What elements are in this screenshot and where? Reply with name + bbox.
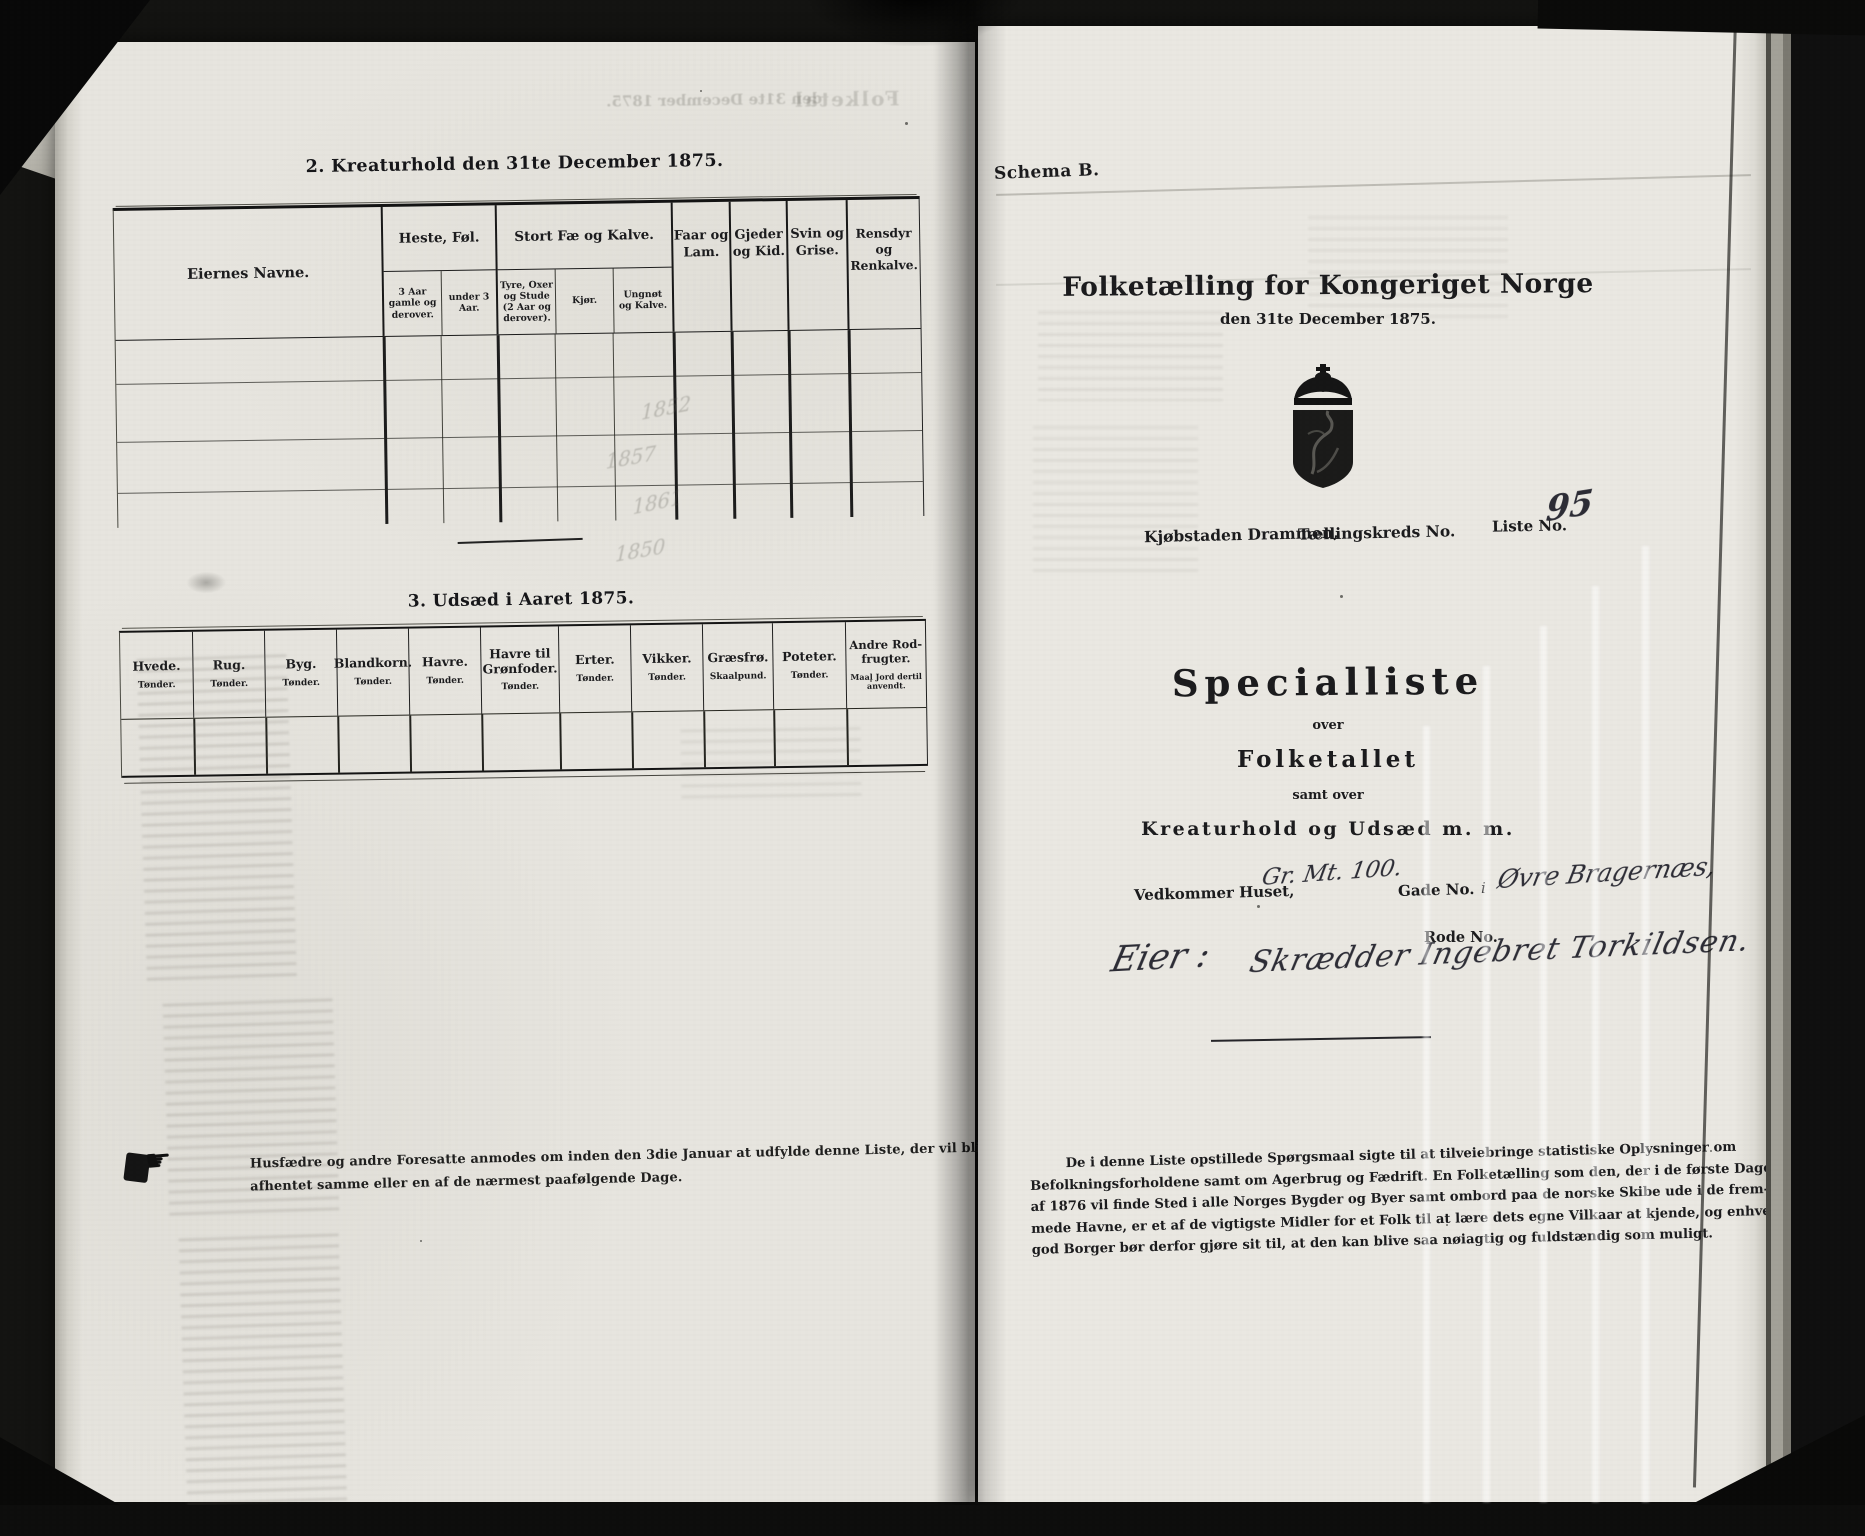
unit-label: Tønder. — [791, 671, 829, 681]
info-paragraph: De i denne Liste opstillede Spørgsmaal s… — [1029, 1142, 1536, 1262]
ink-speck — [1446, 1224, 1448, 1226]
column-header-reindeer: Rensdyr og Renkalve. — [846, 199, 921, 329]
unit-label: Tønder. — [648, 673, 686, 683]
ink-speck — [870, 680, 872, 682]
bleedthrough-handwriting — [680, 727, 861, 800]
livestock-table: Eiernes Navne. Heste, Føl. 3 Aar gamle o… — [113, 196, 925, 528]
list-heading-over: over — [1048, 718, 1608, 733]
column-header: 3 Aar gamle og derover. — [384, 271, 442, 336]
ink-speck — [1340, 595, 1343, 598]
unit-label: Tønder. — [501, 683, 539, 693]
left-page: den 31te December 1875. Folketal 2. Krea… — [55, 42, 975, 1502]
grid-line — [631, 712, 634, 768]
ink-speck — [905, 122, 908, 125]
street-number-label: Gade No. — [1398, 880, 1475, 900]
livestock-table-header: Eiernes Navne. Heste, Føl. 3 Aar gamle o… — [114, 199, 921, 341]
unit-label: Maal Jord dertil anvendt. — [849, 672, 924, 691]
unit-label: Tønder. — [576, 674, 614, 684]
grid-line — [441, 336, 445, 523]
bleedthrough-mirrored-word: Folketal — [793, 86, 900, 112]
book-page-edges — [1766, 0, 1865, 1536]
column-header: under 3 Aar. — [441, 270, 497, 335]
list-heading-subject2: Kreaturhold og Udsæd m. m. — [1048, 818, 1608, 840]
coat-of-arms — [1286, 364, 1360, 490]
livestock-table-body — [116, 329, 924, 528]
grid-line — [559, 713, 562, 769]
column-header: Havre. — [422, 655, 468, 670]
section-divider-rule — [458, 538, 583, 544]
footnote-line: Husfædre og andre Foresatte anmodes om i… — [250, 1140, 997, 1171]
list-heading-samt-over: samt over — [1048, 788, 1608, 803]
right-page: Schema B. Folketælling for Kongeriget No… — [978, 26, 1766, 1502]
paper-crease — [1592, 586, 1599, 1502]
column-header-pigs: Svin og Grise. — [786, 200, 848, 330]
district-number-label: Tællingskreds No. — [1298, 521, 1456, 544]
bleedthrough-text-column — [136, 654, 297, 989]
grid-line — [788, 331, 793, 518]
schema-label: Schema B. — [994, 160, 1100, 184]
grid-line — [409, 716, 412, 772]
column-header-owner: Eiernes Navne. — [114, 207, 383, 340]
grid-line — [848, 330, 853, 517]
grid-line — [116, 372, 921, 385]
column-group-horses: Heste, Føl. 3 Aar gamle og derover. unde… — [381, 205, 497, 336]
column-group-cattle: Stort Fæ og Kalve. Tyre, Oxer og Stude (… — [495, 203, 673, 335]
column-header-sheep: Faar og Lam. — [671, 202, 731, 332]
ink-speck — [700, 90, 702, 92]
norwegian-lion-icon — [1286, 364, 1360, 490]
paper-crease — [1642, 546, 1649, 1502]
column-header: Blandkorn. — [334, 656, 412, 672]
gutter-top-shadow — [806, 0, 1021, 46]
grid-line — [555, 334, 559, 521]
group-label: Stort Fæ og Kalve. — [497, 203, 672, 271]
grid-line — [613, 334, 617, 521]
paper-crease — [1423, 726, 1430, 1502]
paper-crease — [1483, 666, 1490, 1502]
left-page-content: den 31te December 1875. Folketal 2. Krea… — [50, 35, 992, 1508]
column-header: Andre Rod-frugter. — [848, 638, 923, 666]
grid-line — [481, 715, 484, 771]
house-number-handwritten: Gr. Mt. 100. — [1260, 855, 1404, 891]
bleedthrough-text-column — [1033, 426, 1198, 576]
column-header: Kjør. — [555, 269, 613, 334]
unit-label: Tønder. — [282, 679, 320, 689]
unit-label: Tønder. — [426, 677, 464, 687]
list-heading-subject1: Folketallet — [1048, 746, 1608, 773]
list-heading-main: Specialliste — [1048, 658, 1608, 707]
owner-name-handwritten: Skrædder Ingebret Torkildsen. — [1246, 923, 1753, 980]
unit-label: Skaalpund. — [710, 672, 767, 683]
column-header: Græsfrø. — [707, 651, 768, 666]
grid-line — [117, 430, 922, 443]
grid-line — [337, 717, 340, 773]
livestock-table-title: 2. Kreaturhold den 31te December 1875. — [112, 148, 917, 180]
column-header: Ungnøt og Kalve. — [612, 268, 672, 333]
form-title: Folketælling for Kongeriget Norge — [1038, 268, 1618, 303]
list-number-handwritten: 95 — [1544, 482, 1594, 530]
column-header: Tyre, Oxer og Stude (2 Aar og derover). — [498, 269, 556, 334]
ink-speck — [1710, 1150, 1712, 1152]
column-header: Vikker. — [642, 652, 692, 667]
bleedthrough-rule — [996, 174, 1751, 195]
ink-speck — [1257, 905, 1260, 908]
census-document-scan: den 31te December 1875. Folketal 2. Krea… — [0, 0, 1865, 1536]
grid-line — [383, 337, 388, 524]
unit-label: Tønder. — [354, 678, 392, 688]
district-handwritten: Øvre Bragernæs, — [1495, 851, 1718, 894]
column-header: Havre til Grønfoder. — [482, 647, 557, 677]
column-header: Byg. — [285, 657, 316, 672]
group-label: Heste, Føl. — [383, 205, 496, 272]
column-header: Erter. — [575, 653, 615, 668]
form-subtitle: den 31te December 1875. — [1038, 310, 1618, 328]
owner-underline-rule — [1211, 1036, 1431, 1042]
gutter-shadow — [933, 0, 1007, 1536]
grid-line — [497, 335, 502, 522]
column-header: Poteter. — [782, 650, 837, 665]
grid-line — [118, 481, 923, 494]
manicule-icon: ☛ — [143, 1142, 173, 1179]
scan-smudge — [186, 571, 226, 594]
ink-speck — [420, 1240, 422, 1242]
owner-label-handwritten: Eier : — [1107, 935, 1213, 981]
paper-crease — [1540, 626, 1547, 1502]
bleedthrough-text-column — [179, 1233, 348, 1508]
bleedthrough-handwriting: 1850 — [615, 534, 666, 567]
bleedthrough-mirrored-date: den 31te December 1875. — [606, 89, 822, 110]
grid-line — [731, 332, 736, 519]
column-header-goats: Gjeder og Kid. — [729, 201, 788, 331]
scan-bottom-band — [0, 1505, 1865, 1536]
seed-table-title: 3. Udsæd i Aaret 1875. — [118, 584, 923, 616]
